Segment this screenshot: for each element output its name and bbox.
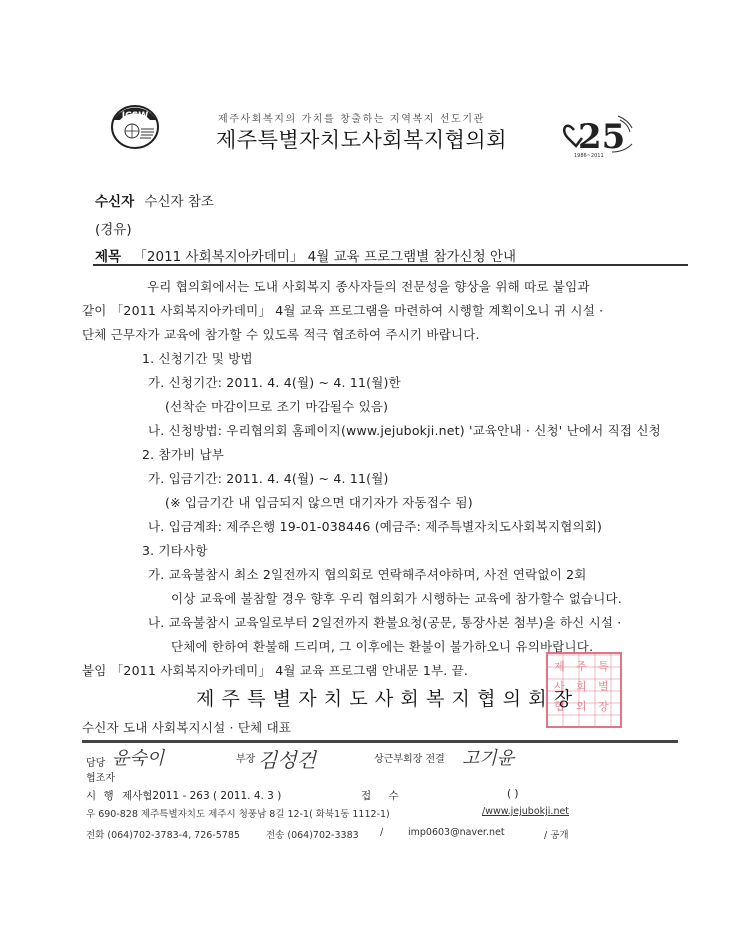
section-3-title: 3. 기타사항 (142, 541, 208, 559)
separator: / (380, 827, 383, 838)
recipient-row: 수신자 수신자 참조 (95, 190, 214, 210)
section-3-item-b: 나. 교육불참시 교육일로부터 2일전까지 환불요청(공문, 통장사본 첨부)을… (148, 613, 621, 631)
svg-text:JCSW: JCSW (121, 111, 149, 121)
footer-divider (82, 740, 678, 743)
svg-text:1986~2011: 1986~2011 (574, 153, 604, 159)
subject-value: 「2011 사회복지아카데미」 4월 교육 프로그램별 참가신청 안내 (133, 249, 516, 265)
section-2-title: 2. 참가비 납부 (142, 445, 224, 463)
vp-signature: 고기윤 (462, 744, 514, 770)
section-3-item-a: 가. 교육불참시 최소 2일전까지 협의회로 연락해주셔야하며, 사전 연락없이… (148, 565, 587, 583)
intro-line-3: 단체 근무자가 교육에 참가할 수 있도록 적극 협조하여 주시기 바랍니다. (82, 325, 480, 343)
via-label: (경유) (95, 218, 132, 238)
email[interactable]: imp0603@naver.net (408, 827, 505, 838)
section-2-item-a: 가. 입금기간: 2011. 4. 4(월) ~ 4. 11(월) (148, 469, 389, 487)
section-1-note: (선착순 마감이므로 조기 마감될수 있음) (165, 397, 388, 415)
intro-line-2: 같이 「2011 사회복지아카데미」 4월 교육 프로그램을 마련하여 시행할 … (82, 301, 603, 319)
attachment-line: 붙임 「2011 사회복지아카데미」 4월 교육 프로그램 안내문 1부. 끝. (82, 661, 468, 679)
org-name: 제주특별자치도사회복지협의회 (216, 124, 507, 154)
cooperator-label: 협조자 (86, 769, 115, 784)
recipient-label: 수신자 (95, 194, 134, 210)
execution-value: 제사협2011 - 263 ( 2011. 4. 3 ) (122, 788, 281, 803)
jcsw-logo: JCSW (110, 104, 160, 150)
manager-signature: 김성건 (258, 744, 316, 773)
subject-divider (93, 264, 688, 266)
section-1-title: 1. 신청기간 및 방법 (142, 349, 253, 367)
signatory-title: 제주특별자치도사회복지협의회장 (196, 684, 579, 711)
section-1-item-b: 나. 신청방법: 우리협의회 홈페이지(www.jejubokji.net) '… (148, 421, 661, 439)
anniversary-25-logo: 25 1986~2011 (560, 108, 640, 160)
address: 우 690-828 제주특별자치도 제주시 청풍남 8길 12-1( 화북1동 … (86, 806, 390, 820)
section-3-item-a-cont: 이상 교육에 불참할 경우 향후 우리 협의회가 시행하는 교육에 참가할수 없… (171, 589, 622, 607)
recipients-line: 수신자 도내 사회복지시설 · 단체 대표 (82, 718, 291, 736)
vp-label: 상근부회장 전결 (374, 750, 445, 765)
section-2-item-b: 나. 입금계좌: 제주은행 19-01-038446 (예금주: 제주특별자치도… (148, 517, 602, 535)
execution-label: 시 행 (86, 788, 114, 803)
manager-label: 부장 (236, 750, 255, 765)
slogan: 제주사회복지의 가치를 창출하는 지역복지 선도기관 (218, 110, 485, 125)
subject-row: 제목 「2011 사회복지아카데미」 4월 교육 프로그램별 참가신청 안내 (95, 245, 516, 265)
website-link[interactable]: /www.jejubokji.net (482, 806, 569, 817)
staff-signature: 윤숙이 (112, 744, 164, 770)
staff-label: 담당 (86, 754, 105, 769)
fax: 전송 (064)702-3383 (266, 827, 359, 841)
section-3-item-b-cont: 단체에 한하여 환불해 드리며, 그 이후에는 환불이 불가하오니 유의바랍니다… (171, 637, 593, 655)
disclosure: / 공개 (544, 827, 569, 841)
subject-label: 제목 (95, 249, 121, 265)
recipient-value: 수신자 참조 (144, 194, 214, 210)
receipt-value: ( ) (507, 788, 519, 800)
receipt-label: 접 수 (361, 788, 399, 803)
section-2-note: (※ 입금기간 내 입금되지 않으면 대기자가 자동접수 됨) (165, 493, 473, 511)
section-1-item-a: 가. 신청기간: 2011. 4. 4(월) ~ 4. 11(월)한 (148, 373, 401, 391)
intro-line-1: 우리 협의회에서는 도내 사회복지 종사자들의 전문성을 향상을 위해 따로 붙… (147, 277, 590, 295)
phone: 전화 (064)702-3783-4, 726-5785 (86, 827, 240, 841)
